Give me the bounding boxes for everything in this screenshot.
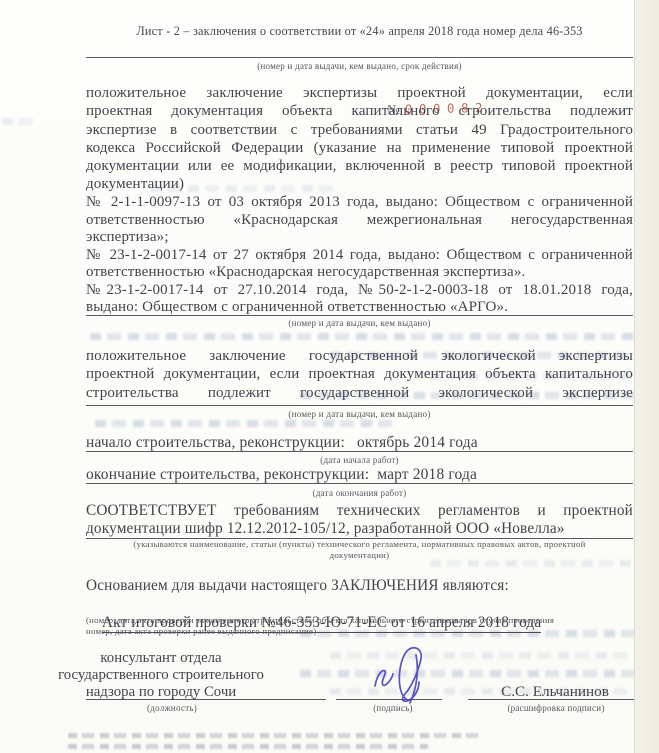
form-rule [86, 405, 633, 406]
text-line: № 23-1-2-0017-14 от 27 октября 2014 года… [86, 247, 633, 265]
form-rule [86, 315, 633, 316]
text-line: документации) [86, 175, 633, 193]
text-line: № 2-1-1-0097-13 от 03 октября 2013 года,… [86, 194, 633, 212]
field-construction-end: окончание строительства, реконструкции: … [86, 466, 633, 484]
text-line: экспертиза»; [86, 229, 633, 247]
conformity-statement: СООТВЕТСТВУЕТ требованиям технических ре… [86, 502, 633, 539]
bleed-through-text [2, 118, 36, 125]
bleed-through-text [430, 560, 635, 567]
scanned-document-page: Лист - 2 – заключения о соответствии от … [0, 0, 659, 753]
text-line: положительное заключение экспертизы прое… [86, 84, 633, 102]
bleed-through-text [90, 333, 635, 340]
caption-line: номер, дата акта проверки ранее выданног… [86, 626, 633, 637]
text-line: документации шифр 12.12.2012-105/12, раз… [86, 520, 633, 538]
caption-line: (номер, дата акта проверки законченного … [86, 615, 633, 626]
page-header: Лист - 2 – заключения о соответствии от … [86, 24, 633, 39]
signatory-position: консультант отделагосударственного строи… [42, 650, 280, 701]
caption-issue-short: (номер и дата выдачи, кем выдано) [86, 409, 633, 420]
bleed-through-text [300, 670, 635, 677]
caption-tech-regulations: (указываются наименование, статьи (пункт… [86, 539, 633, 560]
caption-act-check: (номер, дата акта проверки законченного … [86, 615, 633, 637]
form-rule [86, 57, 633, 58]
caption-start-date: (дата начала работ) [86, 455, 633, 466]
text-line: ответственностью «Краснодарская межрегио… [86, 212, 633, 230]
bleed-through-text [95, 420, 395, 427]
text-line: выдано: Обществом с ограниченной ответст… [86, 299, 633, 317]
paragraph-eco-expertise: положительное заключение государственной… [86, 347, 633, 402]
text-line: СООТВЕТСТВУЕТ требованиям технических ре… [86, 502, 633, 520]
field-construction-start: начало строительства, реконструкции: окт… [86, 434, 633, 452]
caption-line: документации) [86, 550, 633, 561]
caption-issue-short: (номер и дата выдачи, кем выдано) [86, 318, 633, 329]
text-line: строительства подлежит государственной э… [86, 384, 633, 402]
caption-end-date: (дата окончания работ) [86, 488, 633, 499]
text-line: №23-1-2-0017-14 от 27.10.2014 года, №50-… [86, 282, 633, 300]
bleed-through-text [68, 733, 480, 738]
text-line: консультант отдела [42, 650, 280, 667]
bleed-through-text [68, 744, 428, 749]
caption-signature: (подпись) [338, 703, 448, 714]
handwritten-signature [371, 644, 449, 704]
signatory-name: С.С. Ельчанинов [472, 683, 638, 701]
caption-name-decode: (расшифровка подписи) [470, 703, 642, 714]
expertise-entry-3: №23-1-2-0017-14 от 27.10.2014 года, №50-… [86, 282, 633, 317]
caption-issue-full: (номер и дата выдачи, кем выдано, срок д… [86, 61, 633, 72]
text-line: проектная документация объекта капитальн… [86, 102, 633, 120]
text-line: кодекса Российской Федерации (указание н… [86, 139, 633, 157]
paragraph-expertise: положительное заключение экспертизы прое… [86, 84, 633, 194]
expertise-entry-2: № 23-1-2-0017-14 от 27 октября 2014 года… [86, 247, 633, 282]
text-line: проектной документации, если проектная д… [86, 365, 633, 383]
signature-rule-position [86, 699, 326, 700]
scan-page-edge [634, 0, 659, 753]
text-line: положительное заключение государственной… [86, 347, 633, 365]
text-line: ответственностью «Краснодарская негосуда… [86, 264, 633, 282]
text-line: экспертизе в соответствии с требованиями… [86, 121, 633, 139]
text-line: документации или ее модификации, включен… [86, 157, 633, 175]
caption-position: (должность) [52, 703, 292, 714]
expertise-entry-1: № 2-1-1-0097-13 от 03 октября 2013 года,… [86, 194, 633, 247]
caption-line: (указываются наименование, статьи (пункт… [86, 539, 633, 550]
text-line: государственного строительного [42, 667, 280, 684]
basis-title: Основанием для выдачи настоящего ЗАКЛЮЧЕ… [86, 577, 633, 595]
